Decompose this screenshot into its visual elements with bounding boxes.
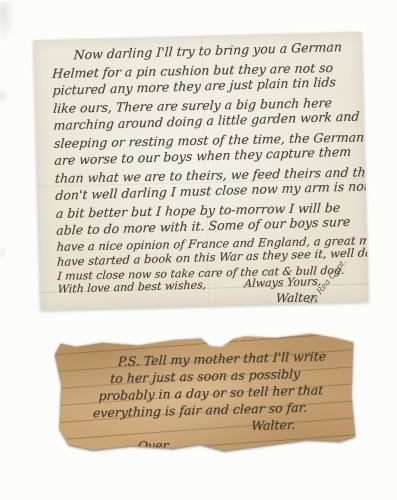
ps-note-torn-paper: P.S. Tell my mother that I'll write to h… [55, 332, 355, 454]
scanned-letter-image: Now darling I'll try to bring you a Germ… [0, 0, 397, 500]
scan-smudge [0, 88, 8, 104]
scan-smudge [0, 2, 16, 46]
valediction: Always Yours, [244, 274, 322, 289]
note-signature: Walter. [251, 416, 348, 434]
letter-body: Now darling I'll try to bring you a Germ… [34, 32, 369, 310]
scan-smudge [0, 246, 7, 260]
note-over-label: Over [133, 437, 182, 456]
letter-page: Now darling I'll try to bring you a Germ… [34, 32, 369, 310]
ps-note-shadow: P.S. Tell my mother that I'll write to h… [55, 332, 355, 454]
ps-note-body: P.S. Tell my mother that I'll write to h… [55, 332, 355, 458]
